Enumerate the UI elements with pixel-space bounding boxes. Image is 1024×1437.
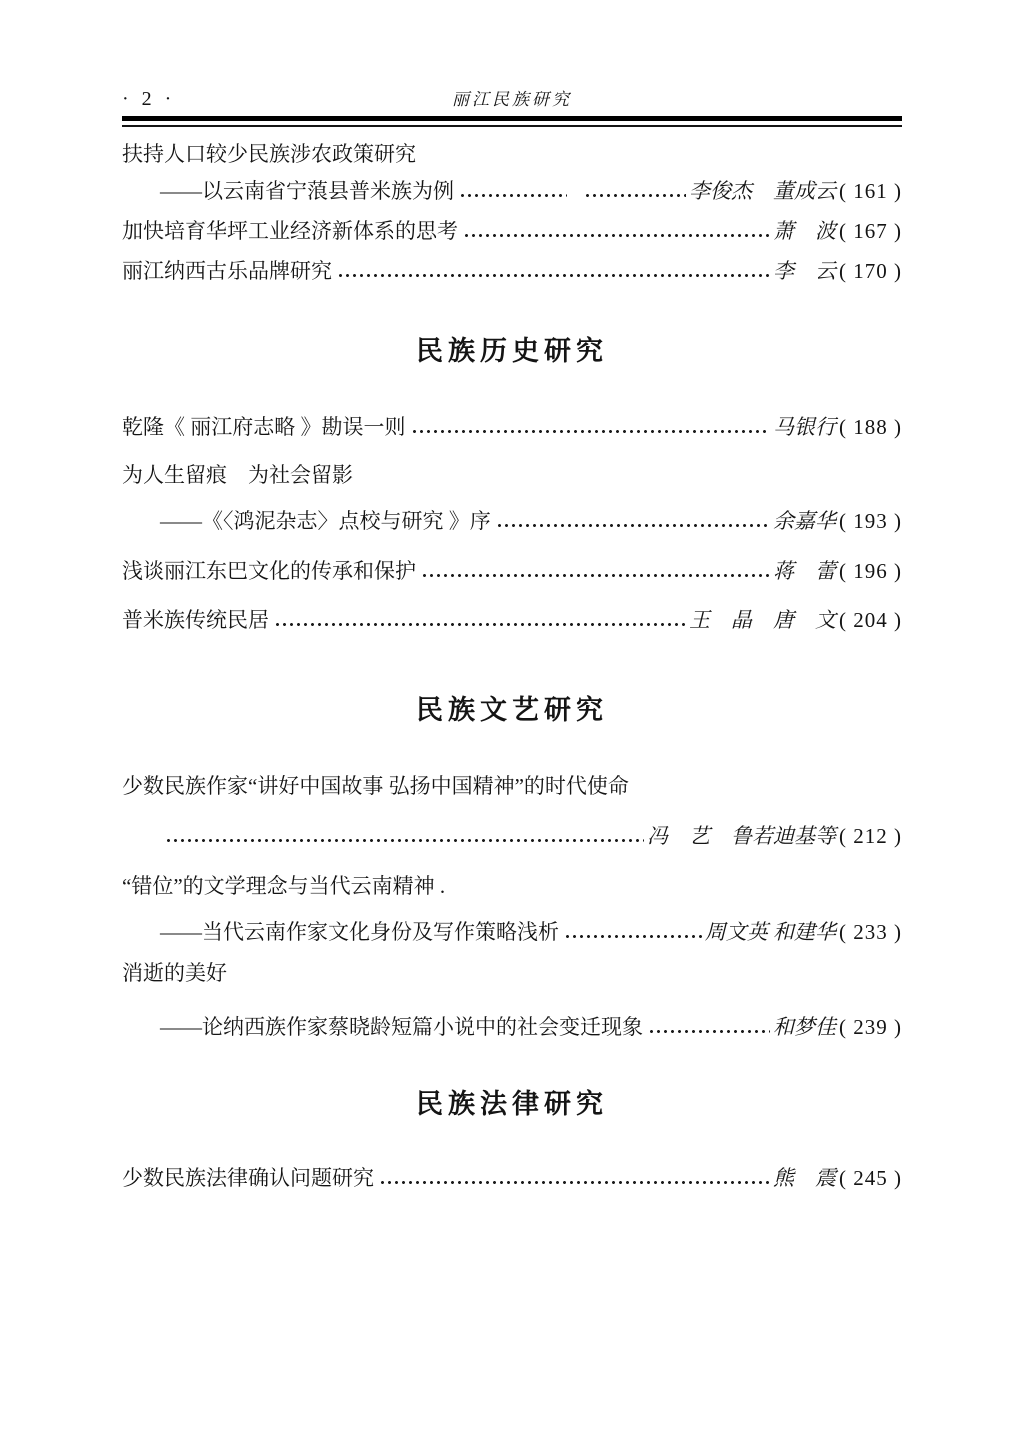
- toc-entry: 冯 艺 鲁若迪基等 ( 212 ): [122, 824, 902, 848]
- dot-leader: [564, 934, 702, 939]
- journal-toc-page: · 2 · 丽江民族研究 扶持人口较少民族涉农政策研究 ——以云南省宁蒗县普米族…: [0, 0, 1024, 1437]
- running-head: · 2 · 丽江民族研究: [122, 85, 902, 109]
- toc-entry: 丽江纳西古乐品牌研究 李 云 ( 170 ): [122, 259, 902, 283]
- dot-leader: [411, 429, 771, 434]
- entry-title: 浅谈丽江东巴文化的传承和保护: [122, 559, 416, 583]
- entry-authors: 冯 艺 鲁若迪基等: [647, 824, 836, 848]
- entry-title: 加快培育华坪工业经济新体系的思考: [122, 219, 458, 243]
- dot-leader: [274, 622, 686, 627]
- dot-leader: [459, 193, 567, 198]
- dot-leader: [463, 233, 770, 238]
- entry-page: ( 170 ): [839, 259, 902, 283]
- entry-page: ( 204 ): [839, 608, 902, 632]
- entry-page: ( 161 ): [839, 179, 902, 203]
- entry-authors: 李 云: [773, 259, 836, 283]
- dot-leader: [584, 193, 686, 198]
- toc-entry: 浅谈丽江东巴文化的传承和保护 蒋 蕾 ( 196 ): [122, 559, 902, 583]
- toc-entry: ——以云南省宁蒗县普米族为例 李俊杰 董成云 ( 161 ): [122, 179, 902, 203]
- toc-entry: 乾隆《 丽江府志略 》勘误一则 马银行 ( 188 ): [122, 415, 902, 439]
- section-heading-history: 民族历史研究: [122, 335, 902, 367]
- entry-subtitle: ——《〈鸿泥杂志〉点校与研究 》序: [122, 509, 491, 533]
- entry-authors: 周文英 和建华: [705, 920, 836, 944]
- header-rule-thick: [122, 116, 902, 121]
- entry-authors: 马银行: [773, 415, 836, 439]
- toc-entry: 少数民族法律确认问题研究 熊 震 ( 245 ): [122, 1166, 902, 1190]
- entry-page: ( 245 ): [839, 1166, 902, 1190]
- toc-entry: ——论纳西族作家蔡晓龄短篇小说中的社会变迁现象 和梦佳 ( 239 ): [122, 1015, 902, 1039]
- page-number: · 2 ·: [122, 88, 175, 111]
- entry-page: ( 167 ): [839, 219, 902, 243]
- entry-subtitle: ——论纳西族作家蔡晓龄短篇小说中的社会变迁现象: [122, 1015, 643, 1039]
- entry-title: 乾隆《 丽江府志略 》勘误一则: [122, 415, 406, 439]
- entry-authors: 萧 波: [773, 219, 836, 243]
- entry-title: 少数民族作家“讲好中国故事 弘扬中国精神”的时代使命: [122, 774, 629, 798]
- entry-authors: 蒋 蕾: [773, 559, 836, 583]
- section-heading-literature: 民族文艺研究: [122, 694, 902, 726]
- toc-entry: ——《〈鸿泥杂志〉点校与研究 》序 余嘉华 ( 193 ): [122, 509, 902, 533]
- dot-leader: [496, 523, 770, 528]
- entry-title: “错位”的文学理念与当代云南精神 .: [122, 874, 445, 898]
- entry-title: 普米族传统民居: [122, 608, 269, 632]
- entry-authors: 和梦佳: [773, 1015, 836, 1039]
- entry-page: ( 233 ): [839, 920, 902, 944]
- dot-leader: [165, 838, 644, 843]
- entry-title: 丽江纳西古乐品牌研究: [122, 259, 332, 283]
- toc-entry: 加快培育华坪工业经济新体系的思考 萧 波 ( 167 ): [122, 219, 902, 243]
- entry-title: 扶持人口较少民族涉农政策研究: [122, 142, 416, 166]
- entry-page: ( 188 ): [839, 415, 902, 439]
- entry-authors: 熊 震: [773, 1166, 836, 1190]
- entry-authors: 王 晶 唐 文: [689, 608, 836, 632]
- dot-leader: [379, 1180, 770, 1185]
- section-heading-law: 民族法律研究: [122, 1088, 902, 1120]
- entry-title: 少数民族法律确认问题研究: [122, 1166, 374, 1190]
- toc-entry-title: 为人生留痕 为社会留影: [122, 463, 902, 487]
- journal-title: 丽江民族研究: [452, 85, 572, 110]
- toc-entry-title: 消逝的美好: [122, 961, 902, 985]
- toc-entry-title: 少数民族作家“讲好中国故事 弘扬中国精神”的时代使命: [122, 774, 902, 798]
- toc-entry-title: “错位”的文学理念与当代云南精神 .: [122, 874, 902, 898]
- entry-title: 为人生留痕 为社会留影: [122, 463, 353, 487]
- entry-authors: 余嘉华: [773, 509, 836, 533]
- header-rule-thin: [122, 125, 902, 127]
- entry-page: ( 193 ): [839, 509, 902, 533]
- entry-authors: 李俊杰 董成云: [689, 179, 836, 203]
- toc-entry-title: 扶持人口较少民族涉农政策研究: [122, 142, 902, 166]
- entry-page: ( 212 ): [839, 824, 902, 848]
- dot-leader: [421, 573, 770, 578]
- dot-leader: [337, 273, 770, 278]
- entry-page: ( 239 ): [839, 1015, 902, 1039]
- entry-subtitle: ——以云南省宁蒗县普米族为例: [122, 179, 454, 203]
- toc-entry: ——当代云南作家文化身份及写作策略浅析 周文英 和建华 ( 233 ): [122, 920, 902, 944]
- dot-leader: [648, 1029, 770, 1034]
- toc-entry: 普米族传统民居 王 晶 唐 文 ( 204 ): [122, 608, 902, 632]
- entry-subtitle: ——当代云南作家文化身份及写作策略浅析: [122, 920, 559, 944]
- entry-page: ( 196 ): [839, 559, 902, 583]
- entry-title: 消逝的美好: [122, 961, 227, 985]
